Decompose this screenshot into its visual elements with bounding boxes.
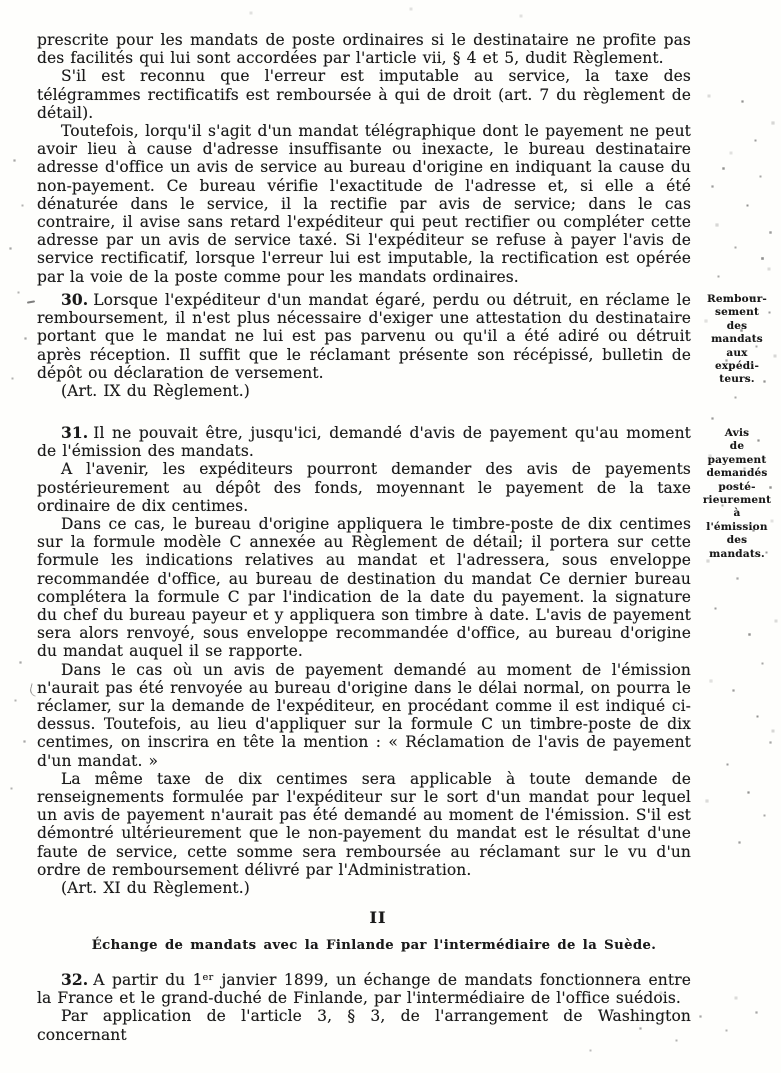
scan-noise bbox=[0, 0, 2, 2]
intro-paragraph: Toutefois, lorqu'il s'agit d'un mandat t… bbox=[37, 122, 691, 286]
article-31-paragraph: Dans ce cas, le bureau d'origine appliqu… bbox=[37, 515, 691, 661]
article-31-paragraph: A l'avenir, les expéditeurs pourront dem… bbox=[37, 460, 691, 515]
margin-note-avis-de-payement: Avis de payement demandés posté- rieurem… bbox=[696, 427, 778, 561]
section-2-numeral: II bbox=[37, 908, 697, 927]
scanned-document-page: prescrite pour les mandats de poste ordi… bbox=[0, 0, 781, 1073]
article-31-reference: (Art. XI du Règlement.) bbox=[37, 879, 691, 897]
intro-block: prescrite pour les mandats de poste ordi… bbox=[37, 31, 691, 286]
article-31-paragraph: 31.Il ne pouvait être, jusqu'ici, demand… bbox=[37, 424, 691, 460]
article-31-paragraph: Dans le cas où un avis de payement deman… bbox=[37, 661, 691, 770]
intro-paragraph: prescrite pour les mandats de poste ordi… bbox=[37, 31, 691, 67]
scan-artifact-dash bbox=[27, 300, 35, 303]
section-2-block: II Échange de mandats avec la Finlande p… bbox=[37, 908, 697, 966]
article-32-paragraph: 32.A partir du 1ᵉʳ janvier 1899, un écha… bbox=[37, 971, 691, 1007]
article-30-reference: (Art. IX du Règlement.) bbox=[37, 382, 691, 400]
section-2-heading: Échange de mandats avec la Finlande par … bbox=[37, 938, 697, 953]
article-30-number: 30. bbox=[61, 290, 88, 309]
article-31-block: 31.Il ne pouvait être, jusqu'ici, demand… bbox=[37, 424, 691, 897]
article-32-number: 32. bbox=[61, 970, 88, 989]
article-31-paragraph: La même taxe de dix centimes sera applic… bbox=[37, 770, 691, 879]
article-32-continuation: Par application de l'article 3, § 3, de … bbox=[37, 1007, 691, 1043]
margin-note-remboursement: Rembour- sement des mandats aux expédi- … bbox=[696, 293, 778, 387]
article-32-block: 32.A partir du 1ᵉʳ janvier 1899, un écha… bbox=[37, 971, 691, 1044]
article-30-body: Lorsque l'expéditeur d'un mandat égaré, … bbox=[37, 291, 691, 382]
article-32-lead: A partir du 1ᵉʳ janvier 1899, un échange… bbox=[37, 971, 691, 1007]
article-31-lead: Il ne pouvait être, jusqu'ici, demandé d… bbox=[37, 424, 691, 460]
article-31-number: 31. bbox=[61, 423, 88, 442]
article-30-block: 30.Lorsque l'expéditeur d'un mandat égar… bbox=[37, 291, 691, 400]
article-30-paragraph: 30.Lorsque l'expéditeur d'un mandat égar… bbox=[37, 291, 691, 382]
intro-paragraph: S'il est reconnu que l'erreur est imputa… bbox=[37, 67, 691, 122]
